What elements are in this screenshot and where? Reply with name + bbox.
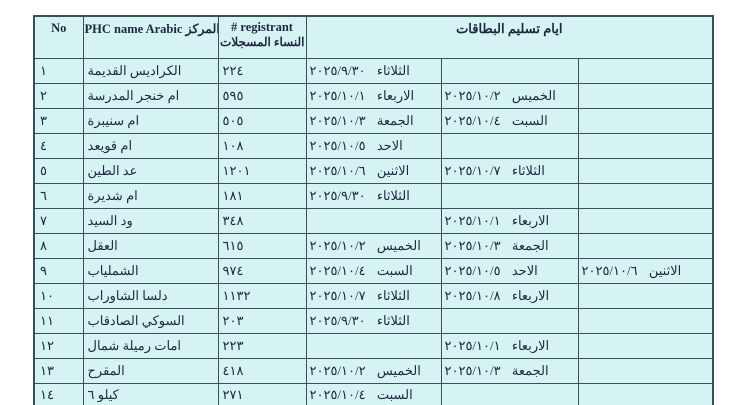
cell-registrants: ٦١٥ bbox=[218, 233, 306, 258]
cell-day-1: السبت ٢٠٢٥/١٠/٤ bbox=[306, 258, 441, 283]
cell-day-2: الجمعة ٢٠٢٥/١٠/٣ bbox=[441, 358, 578, 383]
cell-day-2: الاربعاء ٢٠٢٥/١٠/١ bbox=[441, 208, 578, 233]
cell-registrants: ١١٣٢ bbox=[218, 283, 306, 308]
cell-no: ١١ bbox=[34, 308, 83, 333]
cell-day-3 bbox=[578, 233, 713, 258]
cell-phc-name: الكراديس القديمة bbox=[83, 58, 218, 83]
cell-no: ٩ bbox=[34, 258, 83, 283]
cell-day-3 bbox=[578, 108, 713, 133]
cell-day-1: السبت ٢٠٢٥/١٠/٤ bbox=[306, 383, 441, 405]
cell-phc-name: ام قويعد bbox=[83, 133, 218, 158]
document-page: No PHC name Arabic المركز # registrant ا… bbox=[0, 0, 745, 405]
cell-day-1: الثلاثاء ٢٠٢٥/٩/٣٠ bbox=[306, 308, 441, 333]
cell-phc-name: كيلو ٦ bbox=[83, 383, 218, 405]
header-no: No bbox=[34, 16, 83, 58]
cell-day-3 bbox=[578, 83, 713, 108]
header-phc-name: PHC name Arabic المركز bbox=[83, 16, 218, 58]
cell-no: ٤ bbox=[34, 133, 83, 158]
header-delivery-days: ايام تسليم البطاقات bbox=[306, 16, 713, 58]
cell-phc-name: ام خنجر المدرسة bbox=[83, 83, 218, 108]
cell-no: ١٤ bbox=[34, 383, 83, 405]
cell-no: ١ bbox=[34, 58, 83, 83]
cell-day-3 bbox=[578, 358, 713, 383]
table-row: ١٢امات رميلة شمال٢٢٣الاربعاء ٢٠٢٥/١٠/١ bbox=[34, 333, 713, 358]
cell-registrants: ٤١٨ bbox=[218, 358, 306, 383]
cell-day-1: الثلاثاء ٢٠٢٥/٩/٣٠ bbox=[306, 183, 441, 208]
cell-day-2: السبت ٢٠٢٥/١٠/٤ bbox=[441, 108, 578, 133]
header-registrants: # registrant النساء المسجلات bbox=[218, 16, 306, 58]
table-row: ١٣المقرح٤١٨الخميس ٢٠٢٥/١٠/٢الجمعة ٢٠٢٥/١… bbox=[34, 358, 713, 383]
cell-day-1 bbox=[306, 208, 441, 233]
table-row: ٤ام قويعد١٠٨الاحد ٢٠٢٥/١٠/٥ bbox=[34, 133, 713, 158]
cell-day-3 bbox=[578, 333, 713, 358]
table-row: ١٤كيلو ٦٢٧١السبت ٢٠٢٥/١٠/٤ bbox=[34, 383, 713, 405]
cell-registrants: ٢٢٣ bbox=[218, 333, 306, 358]
table-row: ٩الشملياب٩٧٤السبت ٢٠٢٥/١٠/٤الاحد ٢٠٢٥/١٠… bbox=[34, 258, 713, 283]
table-header: No PHC name Arabic المركز # registrant ا… bbox=[34, 16, 713, 58]
table-row: ١الكراديس القديمة٢٢٤الثلاثاء ٢٠٢٥/٩/٣٠ bbox=[34, 58, 713, 83]
cell-registrants: ٥٩٥ bbox=[218, 83, 306, 108]
cell-day-1 bbox=[306, 333, 441, 358]
cell-phc-name: المقرح bbox=[83, 358, 218, 383]
cell-no: ٦ bbox=[34, 183, 83, 208]
cell-day-1: الخميس ٢٠٢٥/١٠/٢ bbox=[306, 358, 441, 383]
cell-phc-name: الشملياب bbox=[83, 258, 218, 283]
cell-no: ٧ bbox=[34, 208, 83, 233]
cell-phc-name: امات رميلة شمال bbox=[83, 333, 218, 358]
cell-registrants: ٣٤٨ bbox=[218, 208, 306, 233]
cell-no: ١٣ bbox=[34, 358, 83, 383]
cell-registrants: ٢٢٤ bbox=[218, 58, 306, 83]
cell-day-3 bbox=[578, 183, 713, 208]
cell-day-2: الخميس ٢٠٢٥/١٠/٢ bbox=[441, 83, 578, 108]
cell-day-1: الجمعة ٢٠٢٥/١٠/٣ bbox=[306, 108, 441, 133]
cell-day-1: الاحد ٢٠٢٥/١٠/٥ bbox=[306, 133, 441, 158]
cell-day-2: الاحد ٢٠٢٥/١٠/٥ bbox=[441, 258, 578, 283]
cell-registrants: ١٠٨ bbox=[218, 133, 306, 158]
cell-day-3 bbox=[578, 208, 713, 233]
cell-day-1: الثلاثاء ٢٠٢٥/١٠/٧ bbox=[306, 283, 441, 308]
table-row: ٣ام سنيبرة٥٠٥الجمعة ٢٠٢٥/١٠/٣السبت ٢٠٢٥/… bbox=[34, 108, 713, 133]
cell-day-2 bbox=[441, 308, 578, 333]
header-registrants-line2: النساء المسجلات bbox=[220, 35, 305, 50]
cell-day-1: الاثنين ٢٠٢٥/١٠/٦ bbox=[306, 158, 441, 183]
header-row: No PHC name Arabic المركز # registrant ا… bbox=[34, 16, 713, 58]
cell-day-2 bbox=[441, 133, 578, 158]
cell-phc-name: ام سنيبرة bbox=[83, 108, 218, 133]
cell-day-3 bbox=[578, 308, 713, 333]
table-row: ٨العقل٦١٥الخميس ٢٠٢٥/١٠/٢الجمعة ٢٠٢٥/١٠/… bbox=[34, 233, 713, 258]
table-row: ١٠دلسا الشاوراب١١٣٢الثلاثاء ٢٠٢٥/١٠/٧الا… bbox=[34, 283, 713, 308]
cell-day-1: الاربعاء ٢٠٢٥/١٠/١ bbox=[306, 83, 441, 108]
cell-no: ٢ bbox=[34, 83, 83, 108]
cell-no: ١٠ bbox=[34, 283, 83, 308]
cell-phc-name: ود السيد bbox=[83, 208, 218, 233]
card-delivery-schedule-table: No PHC name Arabic المركز # registrant ا… bbox=[33, 15, 714, 405]
table-row: ٥عد الطين١٢٠١الاثنين ٢٠٢٥/١٠/٦الثلاثاء ٢… bbox=[34, 158, 713, 183]
table-row: ٦ام شديرة١٨١الثلاثاء ٢٠٢٥/٩/٣٠ bbox=[34, 183, 713, 208]
cell-day-3 bbox=[578, 133, 713, 158]
cell-phc-name: ام شديرة bbox=[83, 183, 218, 208]
cell-day-1: الخميس ٢٠٢٥/١٠/٢ bbox=[306, 233, 441, 258]
cell-no: ٥ bbox=[34, 158, 83, 183]
cell-day-3 bbox=[578, 58, 713, 83]
cell-day-3 bbox=[578, 283, 713, 308]
cell-no: ١٢ bbox=[34, 333, 83, 358]
cell-day-2: الاربعاء ٢٠٢٥/١٠/١ bbox=[441, 333, 578, 358]
table-row: ٧ود السيد٣٤٨الاربعاء ٢٠٢٥/١٠/١ bbox=[34, 208, 713, 233]
cell-registrants: ١٨١ bbox=[218, 183, 306, 208]
cell-day-2: الاربعاء ٢٠٢٥/١٠/٨ bbox=[441, 283, 578, 308]
cell-phc-name: السوكي الصادقاب bbox=[83, 308, 218, 333]
cell-registrants: ٥٠٥ bbox=[218, 108, 306, 133]
cell-registrants: ٢٧١ bbox=[218, 383, 306, 405]
cell-day-2: الثلاثاء ٢٠٢٥/١٠/٧ bbox=[441, 158, 578, 183]
cell-day-3 bbox=[578, 158, 713, 183]
cell-day-3 bbox=[578, 383, 713, 405]
cell-day-2 bbox=[441, 58, 578, 83]
cell-registrants: ٩٧٤ bbox=[218, 258, 306, 283]
cell-registrants: ١٢٠١ bbox=[218, 158, 306, 183]
table-row: ١١السوكي الصادقاب٢٠٣الثلاثاء ٢٠٢٥/٩/٣٠ bbox=[34, 308, 713, 333]
cell-registrants: ٢٠٣ bbox=[218, 308, 306, 333]
cell-phc-name: عد الطين bbox=[83, 158, 218, 183]
cell-day-3: الاثنين ٢٠٢٥/١٠/٦ bbox=[578, 258, 713, 283]
table-row: ٢ام خنجر المدرسة٥٩٥الاربعاء ٢٠٢٥/١٠/١الخ… bbox=[34, 83, 713, 108]
cell-phc-name: دلسا الشاوراب bbox=[83, 283, 218, 308]
cell-day-1: الثلاثاء ٢٠٢٥/٩/٣٠ bbox=[306, 58, 441, 83]
header-registrants-line1: # registrant bbox=[220, 20, 305, 35]
cell-day-2 bbox=[441, 383, 578, 405]
cell-day-2 bbox=[441, 183, 578, 208]
cell-phc-name: العقل bbox=[83, 233, 218, 258]
cell-no: ٨ bbox=[34, 233, 83, 258]
table-body: ١الكراديس القديمة٢٢٤الثلاثاء ٢٠٢٥/٩/٣٠٢ا… bbox=[34, 58, 713, 405]
cell-no: ٣ bbox=[34, 108, 83, 133]
cell-day-2: الجمعة ٢٠٢٥/١٠/٣ bbox=[441, 233, 578, 258]
